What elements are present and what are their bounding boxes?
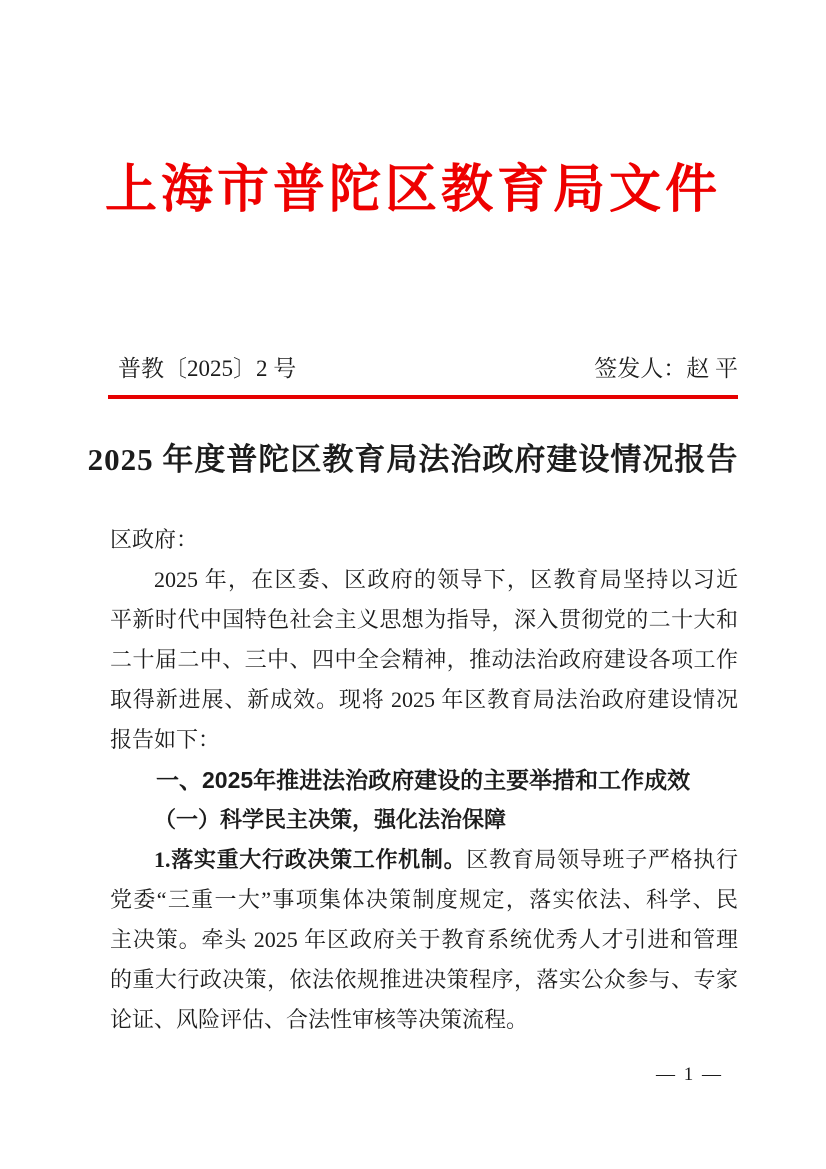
document-title: 2025 年度普陀区教育局法治政府建设情况报告 xyxy=(0,436,826,484)
body-line: 取得新进展、新成效。现将 2025 年区教育局法治政府建设情况 xyxy=(110,680,738,720)
doc-meta-row: 普教〔2025〕2 号 签发人：赵 平 xyxy=(118,350,738,382)
document-body: 区政府： 2025 年，在区委、区政府的领导下，区教育局坚持以习近 平新时代中国… xyxy=(110,520,738,1040)
body-line-mixed: 1.落实重大行政决策工作机制。区教育局领导班子严格执行 xyxy=(110,840,738,880)
body-line: 2025 年，在区委、区政府的领导下，区教育局坚持以习近 xyxy=(110,560,738,600)
body-line: 的重大行政决策，依法依规推进决策程序，落实公众参与、专家 xyxy=(110,960,738,1000)
body-line: 二十届二中、三中、四中全会精神，推动法治政府建设各项工作 xyxy=(110,640,738,680)
body-line-salutation: 区政府： xyxy=(110,520,738,560)
body-line: 平新时代中国特色社会主义思想为指导，深入贯彻党的二十大和 xyxy=(110,600,738,640)
point-1-lead: 1.落实重大行政决策工作机制。 xyxy=(154,847,466,872)
body-line: 党委“三重一大”事项集体决策制度规定，落实依法、科学、民 xyxy=(110,880,738,920)
body-line: 论证、风险评估、合法性审核等决策流程。 xyxy=(110,1000,738,1040)
body-line: 报告如下： xyxy=(110,720,738,760)
section-heading-1: 一、2025年推进法治政府建设的主要举措和工作成效 xyxy=(110,760,738,800)
page-number: — 1 — xyxy=(656,1064,723,1086)
body-line: 主决策。牵头 2025 年区政府关于教育系统优秀人才引进和管理 xyxy=(110,920,738,960)
document-page: 上海市普陀区教育局文件 普教〔2025〕2 号 签发人：赵 平 2025 年度普… xyxy=(0,0,826,1169)
signer: 签发人：赵 平 xyxy=(594,350,738,383)
letterhead-org-title: 上海市普陀区教育局文件 xyxy=(0,150,826,232)
point-1-rest: 区教育局领导班子严格执行 xyxy=(466,847,738,872)
subsection-heading-1-1: （一）科学民主决策，强化法治保障 xyxy=(110,800,738,840)
red-divider-rule xyxy=(108,395,738,399)
doc-number: 普教〔2025〕2 号 xyxy=(118,350,296,383)
